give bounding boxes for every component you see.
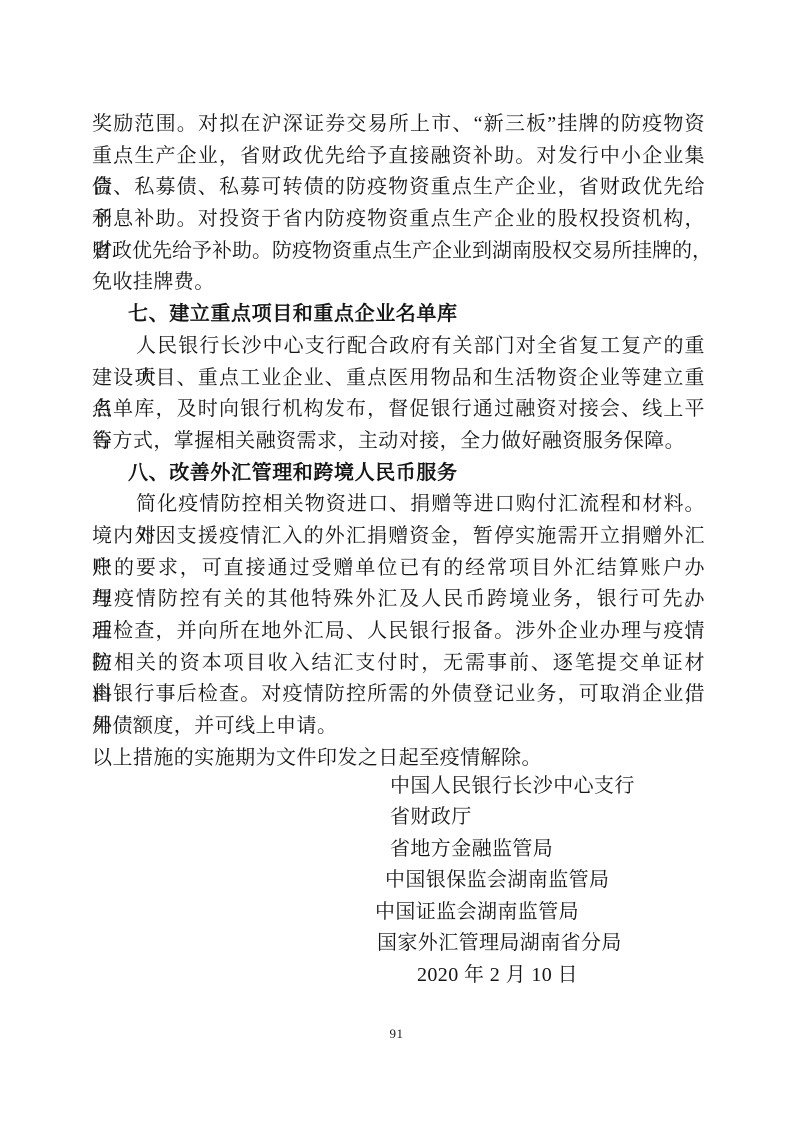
body-line: 利息补助。对投资于省内防疫物资重点生产企业的股权投资机构，省	[92, 204, 705, 236]
body-line: 名单库，及时向银行机构发布，督促银行通过融资对接会、线上平台	[92, 394, 705, 426]
body-line: 控相关的资本项目收入结汇支付时，无需事前、逐笔提交单证材料，	[92, 648, 705, 680]
body-line: 奖励范围。对拟在沪深证券交易所上市、“新三板”挂牌的防疫物资	[92, 109, 705, 141]
body-line: 简化疫情防控相关物资进口、捐赠等进口购付汇流程和材料。对	[92, 489, 705, 521]
body-line: 免收挂牌费。	[92, 267, 705, 299]
section-8-heading: 八、改善外汇管理和跨境人民币服务	[92, 458, 705, 490]
signatory-finance-dept: 省财政厅	[390, 802, 472, 834]
signatory-csrc-hunan: 中国证监会湖南监管局	[375, 897, 579, 929]
page-number: 91	[0, 1026, 793, 1042]
signatory-pboc-changsha: 中国人民银行长沙中心支行	[390, 771, 635, 803]
body-line: 户的要求，可直接通过受赠单位已有的经常项目外汇结算账户办理。	[92, 553, 705, 585]
body-line: 重点生产企业，省财政优先给予直接融资补助。对发行中小企业集合	[92, 141, 705, 173]
body-line: 与疫情防控有关的其他特殊外汇及人民币跨境业务，银行可先办理、	[92, 584, 705, 616]
document-body: 奖励范围。对拟在沪深证券交易所上市、“新三板”挂牌的防疫物资 重点生产企业，省财…	[92, 109, 705, 774]
body-line: 外债额度，并可线上申请。	[92, 711, 705, 743]
document-date: 2020 年 2 月 10 日	[417, 960, 578, 992]
body-line: 后检查，并向所在地外汇局、人民银行报备。涉外企业办理与疫情防	[92, 616, 705, 648]
signatory-local-finance-bureau: 省地方金融监管局	[390, 834, 553, 866]
body-line: 建设项目、重点工业企业、重点医用物品和生活物资企业等建立重点	[92, 363, 705, 395]
section-7-heading: 七、建立重点项目和重点企业名单库	[92, 299, 705, 331]
body-line: 由银行事后检查。对疫情防控所需的外债登记业务，可取消企业借用	[92, 679, 705, 711]
body-line: 财政优先给予补助。防疫物资重点生产企业到湖南股权交易所挂牌的，	[92, 236, 705, 268]
body-line: 等方式，掌握相关融资需求，主动对接，全力做好融资服务保障。	[92, 426, 705, 458]
body-line: 人民银行长沙中心支行配合政府有关部门对全省复工复产的重大	[92, 331, 705, 363]
signatory-cbirc-hunan: 中国银保监会湖南监管局	[385, 865, 609, 897]
body-line: 境内外因支援疫情汇入的外汇捐赠资金，暂停实施需开立捐赠外汇账	[92, 521, 705, 553]
closing-line: 以上措施的实施期为文件印发之日起至疫情解除。	[92, 743, 705, 775]
body-line: 债、私募债、私募可转债的防疫物资重点生产企业，省财政优先给予	[92, 172, 705, 204]
document-page: 奖励范围。对拟在沪深证券交易所上市、“新三板”挂牌的防疫物资 重点生产企业，省财…	[0, 0, 793, 1121]
signatory-safe-hunan: 国家外汇管理局湖南省分局	[377, 928, 622, 960]
